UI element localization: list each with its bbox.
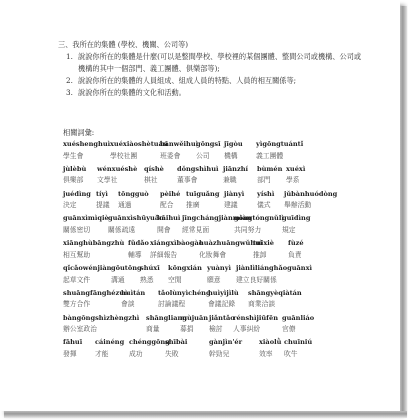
item-3-number: 3. (66, 88, 73, 97)
vocab-pinyin: qǐcǎowénjiàn (63, 264, 111, 272)
vocab-hanzi: 班委會 (160, 152, 180, 160)
document-page: 三、我所在的集體 (學校、機關、公司等) 1. 說說你所在的集體是什麼(可以是整… (0, 0, 400, 411)
section-heading: 三、我所在的集體 (學校、機關、公司等) (58, 40, 188, 49)
vocab-pinyin: tuīxiè (253, 239, 274, 247)
vocab-pinyin: jīgòu (224, 140, 243, 148)
vocab-hanzi: 建立良好關係 (236, 276, 277, 284)
vocab-hanzi: 機構 (224, 152, 238, 160)
vocab-pinyin: jǔbànhuódòng (284, 190, 337, 198)
vocab-hanzi: 官僚 (282, 325, 296, 333)
vocab-hanzi: 會議記錄 (208, 300, 235, 308)
vocab-hanzi: 辦公室政治 (63, 325, 97, 333)
item-1-text-line2: 機構的其中一個部門、義工團體、俱樂部等); (78, 64, 220, 73)
vocab-pinyin: fāhuī (63, 338, 82, 346)
vocab-hanzi: 共同努力 (234, 226, 261, 234)
vocab-hanzi: 雙方合作 (63, 300, 90, 308)
vocab-pinyin: tǎolùnyìchéng (158, 289, 211, 297)
vocab-pinyin: shībài (165, 338, 187, 346)
vocab-pinyin: fǔdǎo (128, 239, 149, 247)
vocab-hanzi: 董事會 (177, 176, 197, 184)
item-1-number: 1. (66, 52, 73, 61)
vocab-pinyin: bùmén (257, 165, 282, 173)
vocab-pinyin: pèihé (160, 190, 180, 198)
item-1-text-line1: 說說你所在的集體是什麼(可以是整間學校、學校裡的某個團體、整間公司或機構、公司或 (78, 52, 361, 61)
vocab-hanzi: 輔導 (128, 251, 142, 259)
vocab-pinyin: kāihuì (157, 214, 180, 222)
vocab-hanzi: 空閒 (168, 276, 182, 284)
vocab-pinyin: gōutōng (111, 264, 142, 272)
vocab-hanzi: 配合 (160, 201, 174, 209)
vocab-hanzi: 推廣 (186, 201, 200, 209)
vocab-pinyin: qíshè (144, 165, 164, 173)
vocab-pinyin: guānliáo (282, 314, 314, 322)
vocab-pinyin: rénshìjiūfēn (233, 314, 278, 322)
vocab-pinyin: guānxìshūyuǎn (108, 214, 164, 222)
vocab-hanzi: 效率 (259, 350, 273, 358)
vocab-hanzi: 開會 (157, 226, 171, 234)
vocab-pinyin: xiàolǜ (259, 338, 281, 346)
vocab-hanzi: 檢討 (209, 325, 223, 333)
vocab-pinyin: yuànyì (207, 264, 231, 272)
vocab-pinyin: yìgōngtuántǐ (256, 140, 303, 148)
vocab-hanzi: 儀式 (257, 201, 271, 209)
vocab-hanzi: 會談 (121, 300, 135, 308)
vocab-pinyin: chuīniú (284, 338, 312, 346)
item-2-text: 說說你所在的集體的人員組成、組成人員的特點、人員的相互關係等; (78, 76, 296, 85)
vocab-pinyin: xiānghùbāngzhù (63, 239, 124, 247)
vocab-pinyin: xuéxì (286, 165, 305, 173)
vocab-pinyin: shúxī (140, 264, 160, 272)
vocab-hanzi: 願意 (207, 276, 221, 284)
vocab-pinyin: gànjìn'ér (209, 338, 242, 346)
vocab-hanzi: 文學社 (97, 176, 117, 184)
vocab-hanzi: 通過 (118, 201, 132, 209)
vocab-hanzi: 幹勁兒 (209, 350, 229, 358)
page-shadow-right (400, 6, 407, 416)
vocab-pinyin: dǒngshìhuì (177, 165, 219, 173)
vocab-pinyin: yíshì (257, 190, 274, 198)
vocab-pinyin: xuéshenghuì (63, 140, 110, 148)
vocab-pinyin: mùjuān (180, 314, 208, 322)
vocab-hanzi: 義工團體 (256, 152, 283, 160)
vocab-pinyin: wénxuéshè (97, 165, 137, 173)
item-2-number: 2. (66, 76, 73, 85)
vocab-pinyin: shāngyèqiàtán (248, 289, 302, 297)
vocab-pinyin: huìtán (121, 289, 145, 297)
vocab-pinyin: cáinéng (95, 338, 124, 346)
vocab-pinyin: jiǎntǎo (209, 314, 235, 322)
vocab-hanzi: 才能 (95, 350, 109, 358)
item-3-text: 說說你所在的集體的文化和活動。 (78, 88, 186, 97)
vocab-hanzi: 關係疏遠 (108, 226, 135, 234)
vocab-hanzi: 推卸 (253, 251, 267, 259)
vocab-pinyin: jiànyì (224, 190, 244, 198)
vocab-pinyin: gòngtóngnǔlì (234, 214, 284, 222)
vocab-hanzi: 學系 (286, 176, 300, 184)
vocab-hanzi: 公司 (196, 152, 210, 160)
vocab-hanzi: 建議 (224, 201, 238, 209)
vocab-hanzi: 兼職 (223, 176, 237, 184)
vocab-hanzi: 起草文件 (63, 276, 90, 284)
vocab-pinyin: guīdìng (282, 214, 310, 222)
vocab-pinyin: bānwěihuì (160, 140, 198, 148)
vocab-hanzi: 負責 (288, 251, 302, 259)
vocab-pinyin: huìyìjìlù (208, 289, 239, 297)
vocab-hanzi: 決定 (63, 201, 77, 209)
vocab-hanzi: 詳細報告 (150, 251, 177, 259)
vocab-pinyin: juédìng (63, 190, 91, 198)
vocab-pinyin: tōngguò (118, 190, 149, 198)
vocab-pinyin: xiángxìbàogào (150, 239, 203, 247)
vocab-pinyin: bàngōngshìzhèngzhì (63, 314, 139, 322)
page-shadow-bottom (4, 411, 407, 418)
vocab-pinyin: kōngxián (168, 264, 202, 272)
vocab-hanzi: 發揮 (63, 350, 77, 358)
vocabulary-title: 相關詞彙: (63, 128, 94, 138)
vocab-pinyin: jùlèbù (63, 165, 86, 173)
vocab-hanzi: 人事糾紛 (233, 325, 260, 333)
vocab-pinyin: guānxìmìqiè (63, 214, 109, 222)
vocab-hanzi: 部門 (257, 176, 271, 184)
vocab-hanzi: 熟悉 (140, 276, 154, 284)
vocab-hanzi: 提議 (96, 201, 110, 209)
vocab-hanzi: 失敗 (165, 350, 179, 358)
vocab-pinyin: jiānzhí (223, 165, 248, 173)
vocab-hanzi: 募捐 (180, 325, 194, 333)
vocab-pinyin: jiànlìliánghǎoguānxì (236, 264, 312, 272)
vocab-hanzi: 經常見面 (182, 226, 209, 234)
vocab-pinyin: xuéxiàoshètuán (110, 140, 168, 148)
vocab-hanzi: 學校社團 (110, 152, 137, 160)
vocab-hanzi: 棋社 (144, 176, 158, 184)
vocab-hanzi: 關係密切 (63, 226, 90, 234)
vocab-hanzi: 溝通 (111, 276, 125, 284)
vocab-hanzi: 舉辦活動 (284, 201, 311, 209)
vocab-hanzi: 相互幫助 (63, 251, 90, 259)
vocab-pinyin: gōngsī (196, 140, 221, 148)
vocab-hanzi: 商業洽談 (248, 300, 275, 308)
vocab-hanzi: 俱樂部 (63, 176, 83, 184)
vocab-hanzi: 學生會 (63, 152, 83, 160)
vocab-hanzi: 成功 (129, 350, 143, 358)
vocab-pinyin: chénggōng (129, 338, 170, 346)
vocab-pinyin: tuīguǎng (186, 190, 219, 198)
vocab-pinyin: fùzé (288, 239, 304, 247)
vocab-hanzi: 商量 (146, 325, 160, 333)
vocab-hanzi: 吹牛 (284, 350, 298, 358)
vocab-hanzi: 規定 (282, 226, 296, 234)
vocab-hanzi: 化妝舞會 (199, 251, 226, 259)
vocab-pinyin: tíyì (96, 190, 108, 198)
vocab-pinyin: shuāngfānghézuò (63, 289, 128, 297)
vocab-hanzi: 討論議程 (158, 300, 185, 308)
